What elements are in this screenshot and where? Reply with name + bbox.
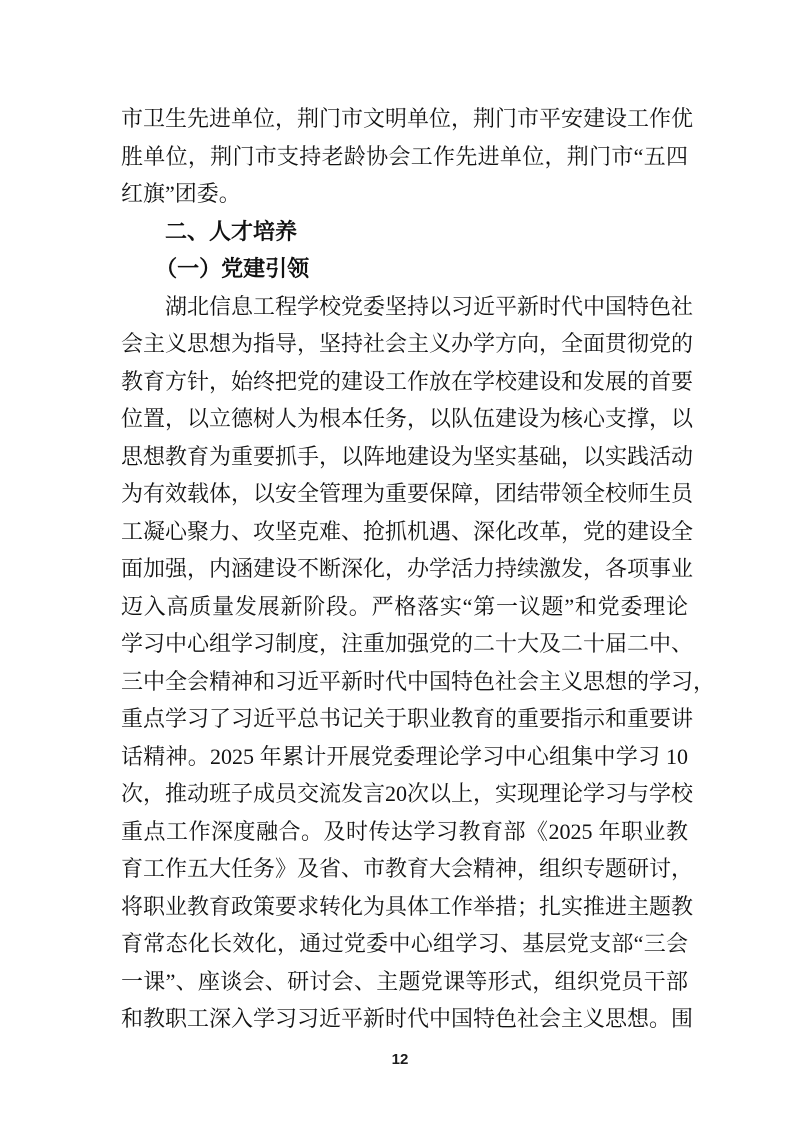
body-text-line: 话精神。2025 年累计开展党委理论学习中心组集中学习 10 — [121, 738, 688, 776]
section-heading: 二、人才培养 — [121, 213, 688, 251]
body-text-line: 红旗”团委。 — [121, 175, 688, 213]
body-text-line: 胜单位，荆门市支持老龄协会工作先进单位，荆门市“五四 — [121, 138, 688, 176]
body-text-line: 湖北信息工程学校党委坚持以习近平新时代中国特色社 — [121, 288, 688, 326]
body-text-line: 市卫生先进单位，荆门市文明单位，荆门市平安建设工作优 — [121, 100, 688, 138]
body-text-line: 面加强，内涵建设不断深化，办学活力持续激发，各项事业 — [121, 550, 688, 588]
body-text-line: 教育方针，始终把党的建设工作放在学校建设和发展的首要 — [121, 363, 688, 401]
body-text-line: 将职业教育政策要求转化为具体工作举措；扎实推进主题教 — [121, 888, 688, 926]
body-text-line: 学习中心组学习制度，注重加强党的二十大及二十届二中、 — [121, 625, 688, 663]
body-text-line: 会主义思想为指导，坚持社会主义办学方向，全面贯彻党的 — [121, 325, 688, 363]
page-number: 12 — [0, 1051, 800, 1068]
body-text-line: 思想教育为重要抓手，以阵地建设为坚实基础，以实践活动 — [121, 438, 688, 476]
body-text-line: 育工作五大任务》及省、市教育大会精神，组织专题研讨， — [121, 850, 688, 888]
body-text-line: 和教职工深入学习习近平新时代中国特色社会主义思想。围 — [121, 1000, 688, 1038]
body-text-line: 位置，以立德树人为根本任务，以队伍建设为核心支撑，以 — [121, 400, 688, 438]
body-text-line: 次，推动班子成员交流发言20次以上，实现理论学习与学校 — [121, 775, 688, 813]
body-text-line: 工凝心聚力、攻坚克难、抢抓机遇、深化改革，党的建设全 — [121, 513, 688, 551]
body-text-line: 重点学习了习近平总书记关于职业教育的重要指示和重要讲 — [121, 700, 688, 738]
body-text-line: 迈入高质量发展新阶段。严格落实“第一议题”和党委理论 — [121, 588, 688, 626]
document-body: 市卫生先进单位，荆门市文明单位，荆门市平安建设工作优 胜单位，荆门市支持老龄协会… — [121, 100, 688, 1038]
subsection-heading: （一）党建引领 — [121, 250, 688, 288]
body-text-line: 育常态化长效化，通过党委中心组学习、基层党支部“三会 — [121, 925, 688, 963]
body-text-line: 三中全会精神和习近平新时代中国特色社会主义思想的学习， — [121, 663, 688, 701]
body-text-line: 一课”、座谈会、研讨会、主题党课等形式，组织党员干部 — [121, 963, 688, 1001]
body-text-line: 为有效载体，以安全管理为重要保障，团结带领全校师生员 — [121, 475, 688, 513]
document-page: 市卫生先进单位，荆门市文明单位，荆门市平安建设工作优 胜单位，荆门市支持老龄协会… — [0, 0, 800, 1131]
body-text-line: 重点工作深度融合。及时传达学习教育部《2025 年职业教 — [121, 813, 688, 851]
